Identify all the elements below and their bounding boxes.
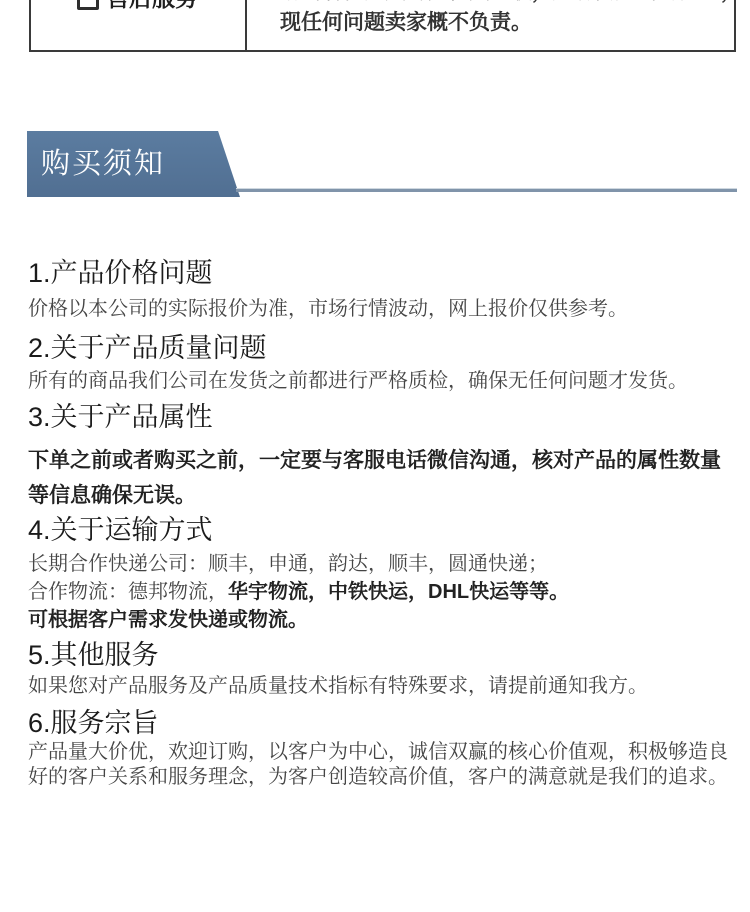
section-heading: 6.服务宗旨 (28, 707, 737, 739)
section-attributes: 3.关于产品属性 下单之前或者购买之前，一定要与客服电话微信沟通，核对产品的属性… (28, 401, 737, 513)
section-body-line: 价格以本公司的实际报价为准，市场行情波动，网上报价仅供参考。 (28, 296, 737, 322)
section-body-line: 所有的商品我们公司在发货之前都进行严格质检，确保无任何问题才发货。 (28, 368, 737, 394)
after-sales-icon (77, 0, 99, 10)
section-heading: 2.关于产品质量问题 (28, 332, 737, 364)
logistics-partners-prefix: 合作物流：德邦物流， (28, 581, 228, 603)
section-price: 1.产品价格问题 价格以本公司的实际报价为准，市场行情波动，网上报价仅供参考。 (28, 257, 737, 322)
section-heading: 1.产品价格问题 (28, 257, 737, 289)
logistics-partners-bold: 华宇物流，中铁快运，DHL快运等等。 (228, 581, 569, 603)
disclaimer-text: 现任何问题卖家概不负责。 (280, 10, 740, 36)
section-service-purpose: 6.服务宗旨 产品量大价优，欢迎订购，以客户为中心，诚信双赢的核心价值观，积极够… (28, 707, 737, 790)
purchase-notice-banner: 购买须知 (27, 131, 240, 197)
section-quality: 2.关于产品质量问题 所有的商品我们公司在发货之前都进行严格质检，确保无任何问题… (28, 332, 737, 394)
section-heading: 4.关于运输方式 (28, 514, 737, 546)
section-other-services: 5.其他服务 如果您对产品服务及产品质量技术指标有特殊要求，请提前通知我方。 (28, 639, 737, 699)
logistics-partners-line: 合作物流：德邦物流，华宇物流，中铁快运，DHL快运等等。 (28, 578, 737, 606)
purchase-notice-content: 1.产品价格问题 价格以本公司的实际报价为准，市场行情波动，网上报价仅供参考。 … (28, 257, 737, 790)
after-sales-label: 售后服务 (106, 0, 198, 10)
after-sales-table-fragment: 售后服务 请当着快递员的面验货签收，如有问题当场拒签，签收后出 现任何问题卖家概… (29, 0, 736, 52)
table-column-divider (245, 0, 247, 50)
express-partners-line: 长期合作快递公司：顺丰，申通，韵达，顺丰，圆通快递； (28, 550, 737, 578)
table-left-cell: 售后服务 (77, 0, 198, 10)
section-body-line: 如果您对产品服务及产品质量技术指标有特殊要求，请提前通知我方。 (28, 673, 737, 699)
shipping-choice-line: 可根据客户需求发快递或物流。 (28, 606, 737, 634)
section-body-line: 下单之前或者购买之前，一定要与客服电话微信沟通，核对产品的属性数量等信息确保无误… (28, 443, 737, 513)
clipped-text-line: 请当着快递员的面验货签收，如有问题当场拒签，签收后出 (280, 0, 730, 5)
banner-title: 购买须知 (41, 131, 165, 197)
banner-underline (236, 188, 737, 192)
shipping-lines: 长期合作快递公司：顺丰，申通，韵达，顺丰，圆通快递； 合作物流：德邦物流，华宇物… (28, 550, 737, 634)
section-heading: 5.其他服务 (28, 639, 737, 671)
section-shipping: 4.关于运输方式 长期合作快递公司：顺丰，申通，韵达，顺丰，圆通快递； 合作物流… (28, 514, 737, 634)
section-heading: 3.关于产品属性 (28, 401, 737, 433)
section-body-line: 产品量大价优，欢迎订购，以客户为中心，诚信双赢的核心价值观，积极够造良好的客户关… (28, 740, 737, 790)
